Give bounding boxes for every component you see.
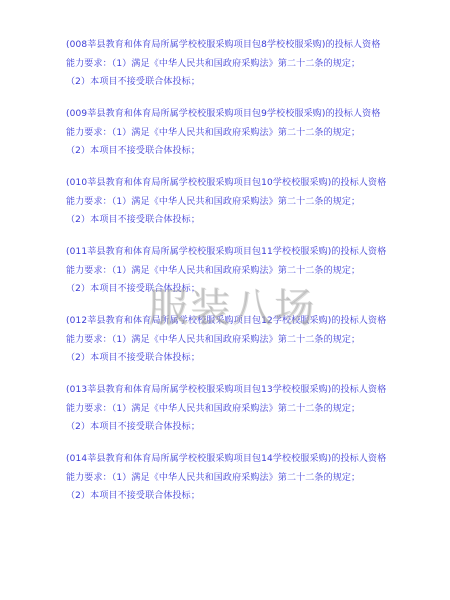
qualification-line: 能力要求：（1）满足《中华人民共和国政府采购法》第二十二条的规定； [66,193,396,212]
consortium-line: （2）本项目不接受联合体投标； [66,487,396,506]
package-title-line: (014莘县教育和体育局所属学校校服采购项目包14学校校服采购)的投标人资格 [66,450,396,469]
consortium-line: （2）本项目不接受联合体投标； [66,73,396,92]
requirement-block-009: (009莘县教育和体育局所属学校校服采购项目包9学校校服采购)的投标人资格 能力… [66,105,396,174]
consortium-line: （2）本项目不接受联合体投标； [66,211,396,230]
package-title-line: (009莘县教育和体育局所属学校校服采购项目包9学校校服采购)的投标人资格 [66,105,396,124]
package-title-line: (013莘县教育和体育局所属学校校服采购项目包13学校校服采购)的投标人资格 [66,381,396,400]
requirement-block-010: (010莘县教育和体育局所属学校校服采购项目包10学校校服采购)的投标人资格 能… [66,174,396,243]
qualification-line: 能力要求：（1）满足《中华人民共和国政府采购法》第二十二条的规定； [66,331,396,350]
requirement-block-013: (013莘县教育和体育局所属学校校服采购项目包13学校校服采购)的投标人资格 能… [66,381,396,450]
consortium-line: （2）本项目不接受联合体投标； [66,418,396,437]
qualification-line: 能力要求：（1）满足《中华人民共和国政府采购法》第二十二条的规定； [66,469,396,488]
requirement-block-008: (008莘县教育和体育局所属学校校服采购项目包8学校校服采购)的投标人资格 能力… [66,36,396,105]
package-title-line: (011莘县教育和体育局所属学校校服采购项目包11学校校服采购)的投标人资格 [66,243,396,262]
package-title-line: (010莘县教育和体育局所属学校校服采购项目包10学校校服采购)的投标人资格 [66,174,396,193]
requirements-list: (008莘县教育和体育局所属学校校服采购项目包8学校校服采购)的投标人资格 能力… [66,36,396,519]
requirement-block-014: (014莘县教育和体育局所属学校校服采购项目包14学校校服采购)的投标人资格 能… [66,450,396,519]
requirement-block-011: (011莘县教育和体育局所属学校校服采购项目包11学校校服采购)的投标人资格 能… [66,243,396,312]
consortium-line: （2）本项目不接受联合体投标； [66,349,396,368]
document-page: (008莘县教育和体育局所属学校校服采购项目包8学校校服采购)的投标人资格 能力… [0,0,450,600]
qualification-line: 能力要求：（1）满足《中华人民共和国政府采购法》第二十二条的规定； [66,124,396,143]
package-title-line: (008莘县教育和体育局所属学校校服采购项目包8学校校服采购)的投标人资格 [66,36,396,55]
qualification-line: 能力要求：（1）满足《中华人民共和国政府采购法》第二十二条的规定； [66,262,396,281]
package-title-line: (012莘县教育和体育局所属学校校服采购项目包12学校校服采购)的投标人资格 [66,312,396,331]
consortium-line: （2）本项目不接受联合体投标； [66,142,396,161]
qualification-line: 能力要求：（1）满足《中华人民共和国政府采购法》第二十二条的规定； [66,400,396,419]
qualification-line: 能力要求：（1）满足《中华人民共和国政府采购法》第二十二条的规定； [66,55,396,74]
requirement-block-012: (012莘县教育和体育局所属学校校服采购项目包12学校校服采购)的投标人资格 能… [66,312,396,381]
consortium-line: （2）本项目不接受联合体投标； [66,280,396,299]
